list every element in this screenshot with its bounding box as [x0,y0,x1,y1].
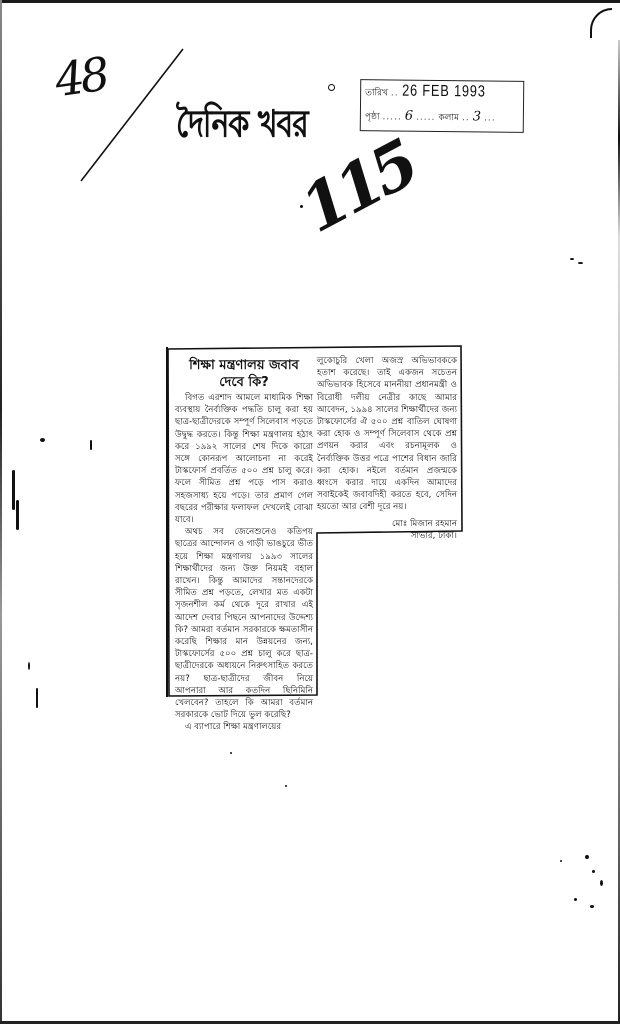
date-stamp: তারিখ .. 26 FEB 1993 পৃষ্ঠা ..... 6 ....… [360,79,525,133]
stamp-column-label: কলাম [438,110,459,125]
stamp-page-row: পৃষ্ঠা ..... 6 ..... কলাম .. 3 ... [365,108,496,125]
handwritten-corner-mark [590,8,612,38]
circle-mark [328,84,335,91]
headline-line-2: দেবে কি? [175,374,313,391]
stamp-page-label: পৃষ্ঠা [365,109,380,124]
article-left-column: শিক্ষা মন্ত্রণালয় জবাব দেবে কি? বিগত এর… [175,357,313,734]
stamp-dots: ..... [416,113,435,123]
scan-left-edge [0,0,2,1024]
author-name: মোঃ মিজান রহমান [317,518,457,530]
headline-line-1: শিক্ষা মন্ত্রণালয় জবাব [175,357,313,374]
scan-top-edge [0,0,620,3]
article-paragraph-3-continued: লুকোচুরি খেলা অজস্র অভিভাবককে হতাশ করেছে… [317,355,457,514]
newspaper-article-clipping: শিক্ষা মন্ত্রণালয় জবাব দেবে কি? বিগত এর… [165,345,475,697]
stamp-column-value: 3 [473,109,481,124]
stamp-dots: ... [484,113,496,123]
article-paragraph-2: অথচ সব জেনেশুনেও কতিপয় ছাত্রের আন্দোলন … [175,526,313,721]
handwritten-slash-mark [75,45,185,185]
stamp-date-label: তারিখ [365,85,388,100]
stamp-dots: .. [462,113,470,123]
article-headline: শিক্ষা মন্ত্রণালয় জবাব দেবে কি? [175,357,313,391]
stamp-date-row: তারিখ .. 26 FEB 1993 [365,82,506,101]
article-paragraph-3-start: এ ব্যাপারে শিক্ষা মন্ত্রণালয়ের [175,721,313,733]
article-right-column: লুকোচুরি খেলা অজস্র অভিভাবককে হতাশ করেছে… [317,355,457,542]
stamp-dots: .. [391,88,399,98]
stamp-page-value: 6 [405,109,413,124]
newspaper-name: দৈনিক খবর [176,94,308,158]
handwritten-number-115: 115 [289,127,426,247]
article-paragraph-1: বিগত এরশাদ আমলে মাধ্যমিক শিক্ষা ব্যবস্থা… [175,392,313,526]
author-location: সাভার, ঢাকা। [317,530,457,542]
stamp-date-value: 26 FEB 1993 [402,83,486,102]
article-signature: মোঃ মিজান রহমান সাভার, ঢাকা। [317,518,457,542]
stamp-dots: ..... [382,112,401,122]
